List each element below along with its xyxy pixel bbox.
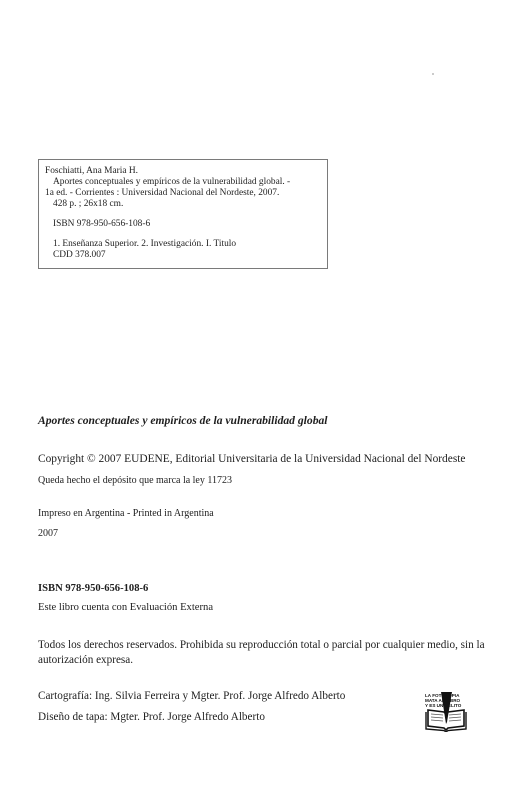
catalog-isbn: ISBN 978-950-656-108-6 <box>45 219 321 230</box>
catalog-edition: 1a ed. - Corrientes : Universidad Nacion… <box>45 188 321 199</box>
catalog-subjects: 1. Enseñanza Superior. 2. Investigación.… <box>45 239 321 250</box>
rights-notice: Todos los derechos reservados. Prohibida… <box>38 638 488 668</box>
anti-photocopy-book-icon: LA FOTOCOPIA MATA AL LIBRO Y ES UN DELIT… <box>424 692 468 732</box>
deposit-line: Queda hecho el depósito que marca la ley… <box>38 475 232 486</box>
cover-design-credit: Diseño de tapa: Mgter. Prof. Jorge Alfre… <box>38 711 265 723</box>
book-title: Aportes conceptuales y empíricos de la v… <box>38 414 328 427</box>
catalog-card: Foschiatti, Ana Maria H. Aportes concept… <box>38 159 328 269</box>
printed-line: Impreso en Argentina - Printed in Argent… <box>38 508 214 519</box>
catalog-title: Aportes conceptuales y empíricos de la v… <box>45 177 321 188</box>
isbn-line: ISBN 978-950-656-108-6 <box>38 583 148 594</box>
evaluation-line: Este libro cuenta con Evaluación Externa <box>38 602 213 613</box>
catalog-extent: 428 p. ; 26x18 cm. <box>45 199 321 210</box>
year-line: 2007 <box>38 528 58 539</box>
copyright-line: Copyright © 2007 EUDENE, Editorial Unive… <box>38 453 465 465</box>
catalog-author: Foschiatti, Ana Maria H. <box>45 166 321 177</box>
scan-speck <box>432 73 434 75</box>
cartography-credit: Cartografía: Ing. Silvia Ferreira y Mgte… <box>38 690 345 702</box>
catalog-cdd: CDD 378.007 <box>45 250 321 261</box>
